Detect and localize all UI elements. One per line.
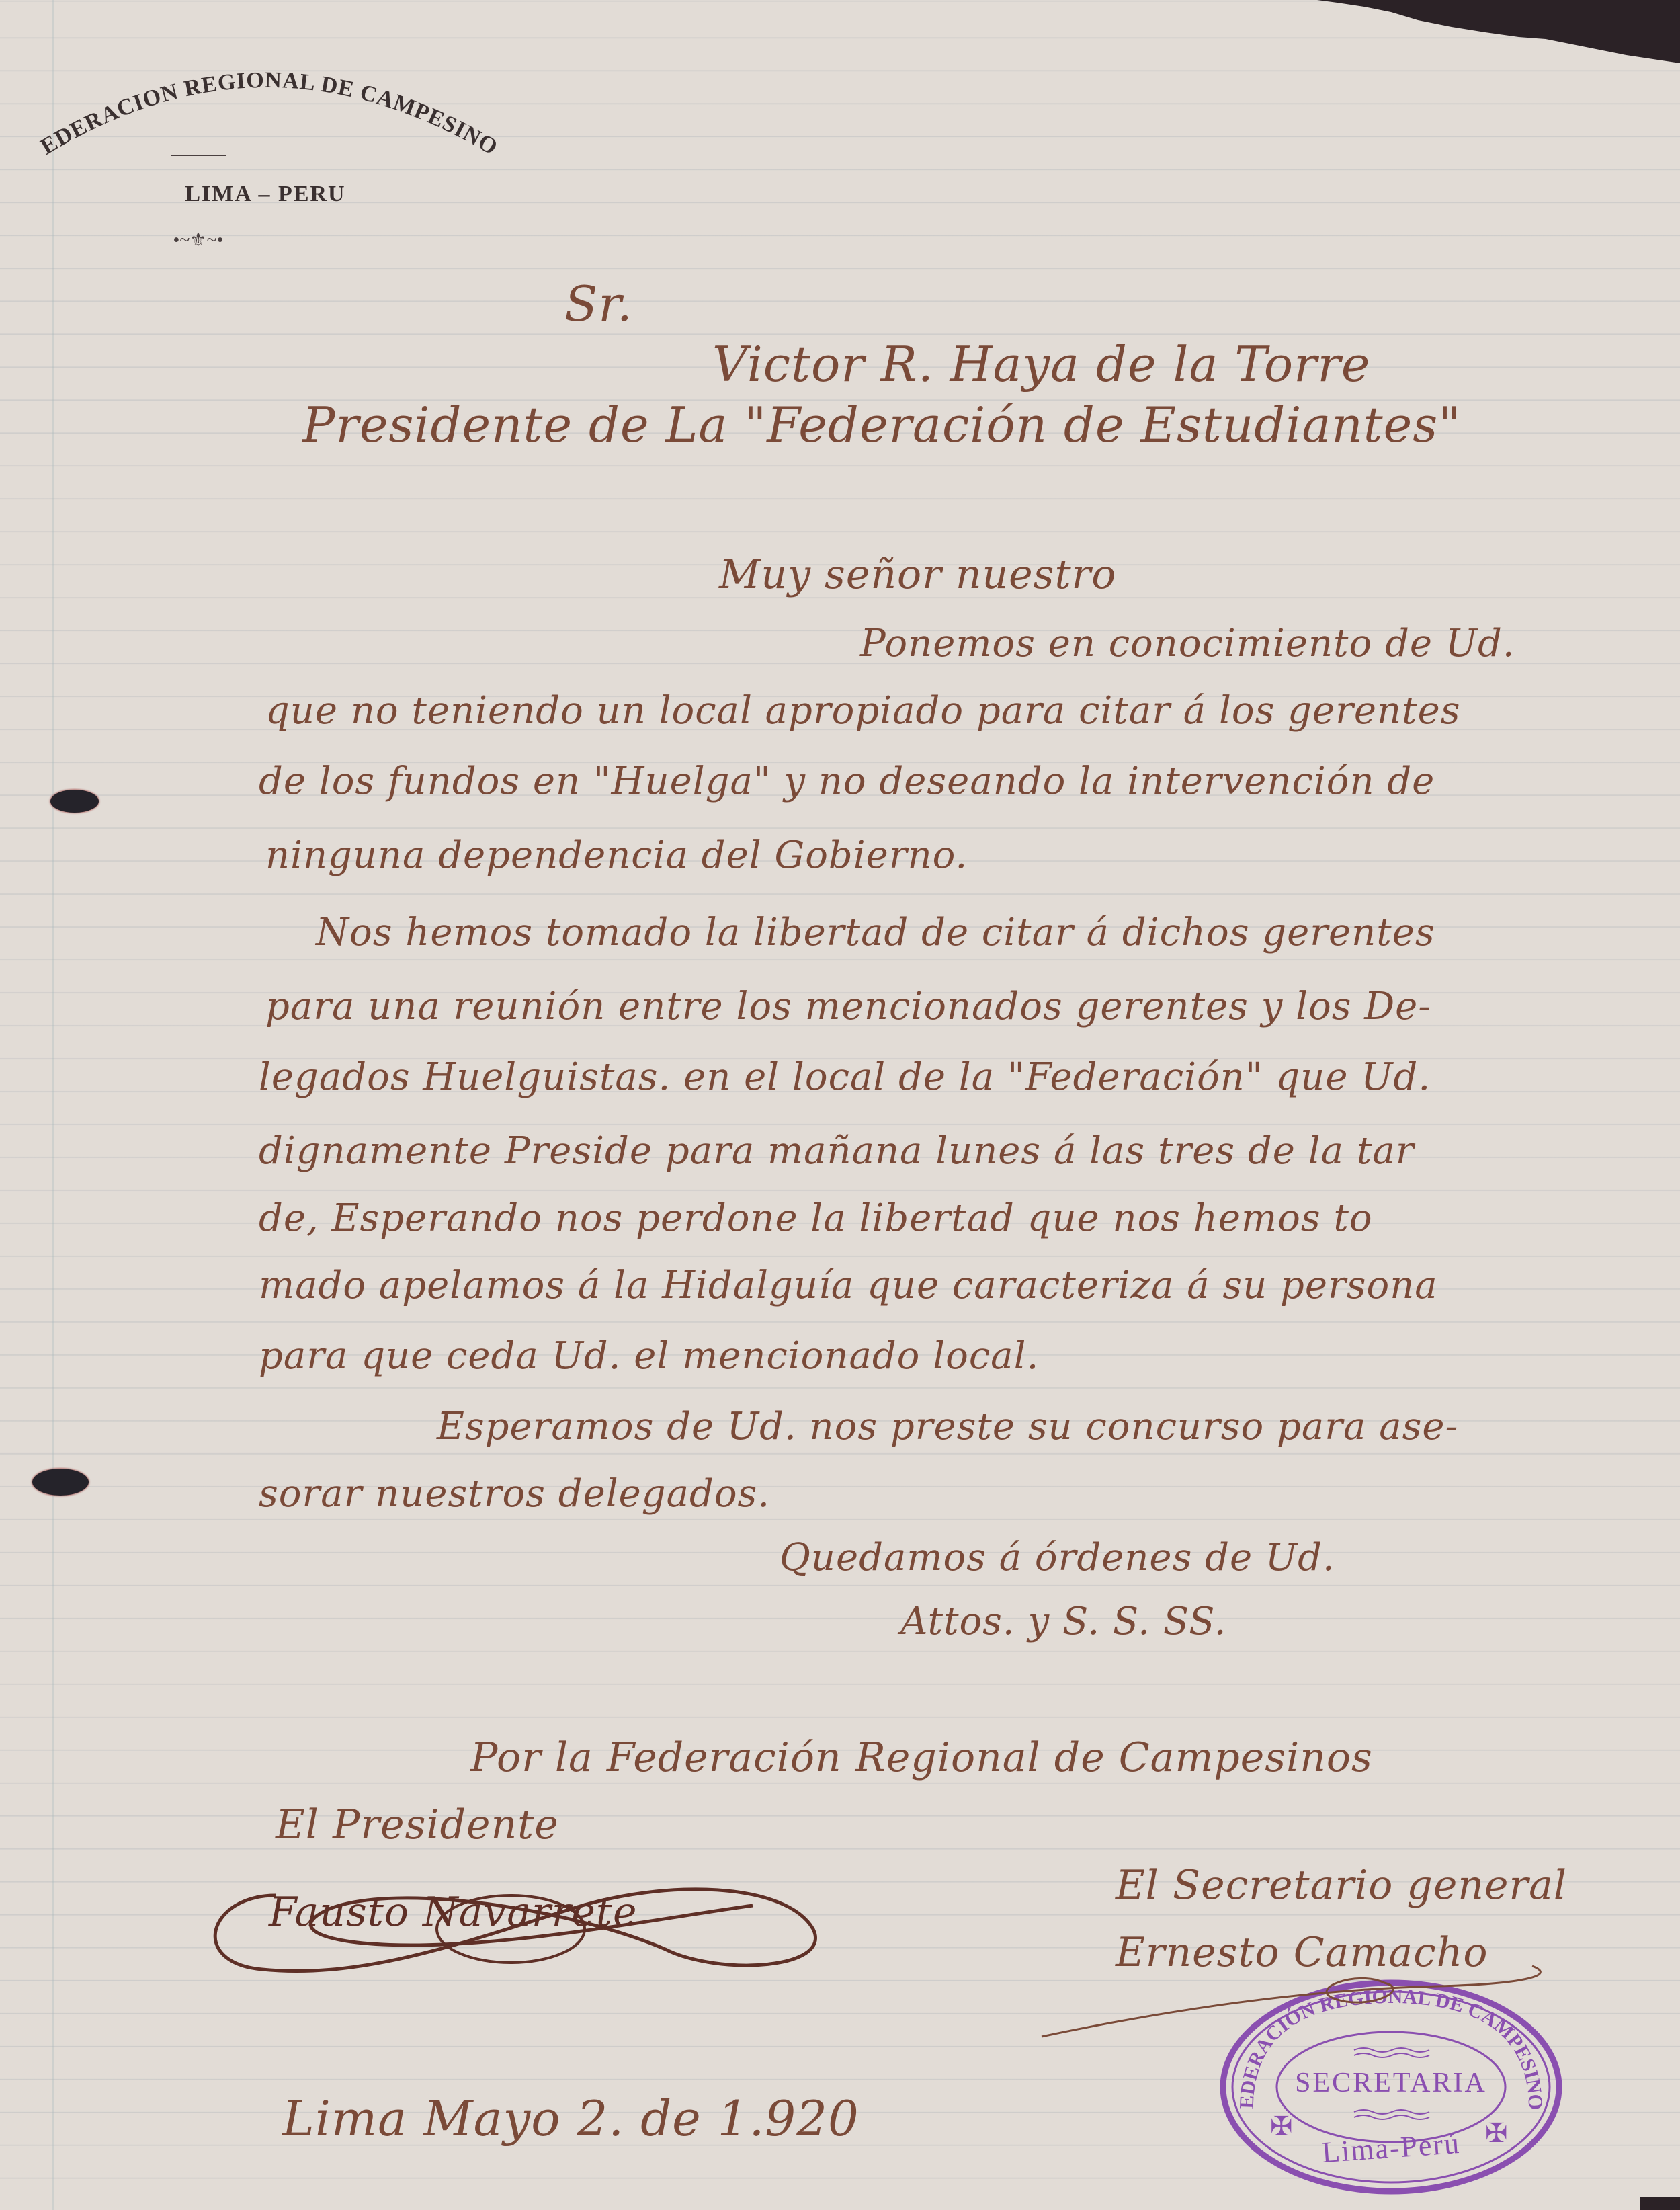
body-line: sorar nuestros delegados.: [259, 1472, 770, 1516]
closing-line-1: Quedamos á órdenes de Ud.: [780, 1536, 1335, 1580]
stamp-center-text: SECRETARIA: [1216, 2067, 1566, 2099]
president-title: El Presidente: [276, 1801, 559, 1848]
punch-hole-top: [50, 790, 99, 813]
president-signature: Fausto Navarrete: [269, 1889, 638, 1936]
body-line: Esperamos de Ud. nos preste su concurso …: [437, 1405, 1458, 1448]
body-line: mado apelamos á la Hidalguía que caracte…: [259, 1264, 1438, 1307]
body-line: de los fundos en "Huelga" y no deseando …: [259, 760, 1435, 803]
letterhead-organization: FEDERACION REGIONAL DE CAMPESINOS: [20, 27, 502, 160]
body-line: para una reunión entre los mencionados g…: [265, 985, 1431, 1028]
letterhead: FEDERACION REGIONAL DE CAMPESINOS LIMA –…: [20, 27, 511, 242]
bottom-edge: [1640, 2197, 1680, 2210]
letterhead-rule: [171, 155, 226, 156]
body-line: Nos hemos tomado la libertad de citar á …: [316, 911, 1435, 954]
body-line: legados Huelguistas. en el local de la "…: [259, 1055, 1431, 1099]
letterhead-ornament: •~⚜~•: [151, 229, 245, 255]
punch-hole-bottom: [32, 1469, 89, 1496]
body-line: Ponemos en conocimiento de Ud.: [860, 622, 1515, 665]
letterhead-arc: FEDERACION REGIONAL DE CAMPESINOS: [20, 27, 511, 161]
recipient-role: Presidente de La "Federación de Estudian…: [302, 397, 1461, 453]
salutation-title: Sr.: [564, 276, 633, 332]
secretary-title: El Secretario general: [1116, 1862, 1567, 1909]
cross-icon: ✠: [1270, 2111, 1293, 2142]
cross-icon: ✠: [1485, 2117, 1508, 2149]
body-line: dignamente Preside para mañana lunes á l…: [259, 1129, 1414, 1173]
greeting: Muy señor nuestro: [719, 551, 1116, 598]
svg-text:FEDERACION REGIONAL DE CAMPESI: FEDERACION REGIONAL DE CAMPESINOS: [20, 27, 502, 160]
letterhead-city: LIMA – PERU: [20, 181, 511, 207]
on-behalf-line: Por la Federación Regional de Campesinos: [470, 1734, 1373, 1781]
body-line: para que ceda Ud. el mencionado local.: [259, 1334, 1039, 1378]
margin-line: [52, 0, 54, 2210]
secretary-signature: Ernesto Camacho: [1116, 1929, 1488, 1976]
closing-line-2: Attos. y S. S. SS.: [900, 1600, 1226, 1643]
date-line: Lima Mayo 2. de 1.920: [282, 2090, 859, 2147]
secretaria-stamp: FEDERACIÓN REGIONAL DE CAMPESINOS SECRET…: [1216, 1976, 1566, 2198]
recipient-name: Victor R. Haya de la Torre: [712, 336, 1371, 393]
body-line: ninguna dependencia del Gobierno.: [265, 833, 968, 877]
body-line: que no teniendo un local apropiado para …: [265, 689, 1461, 733]
body-line: de, Esperando nos perdone la libertad qu…: [259, 1196, 1373, 1240]
